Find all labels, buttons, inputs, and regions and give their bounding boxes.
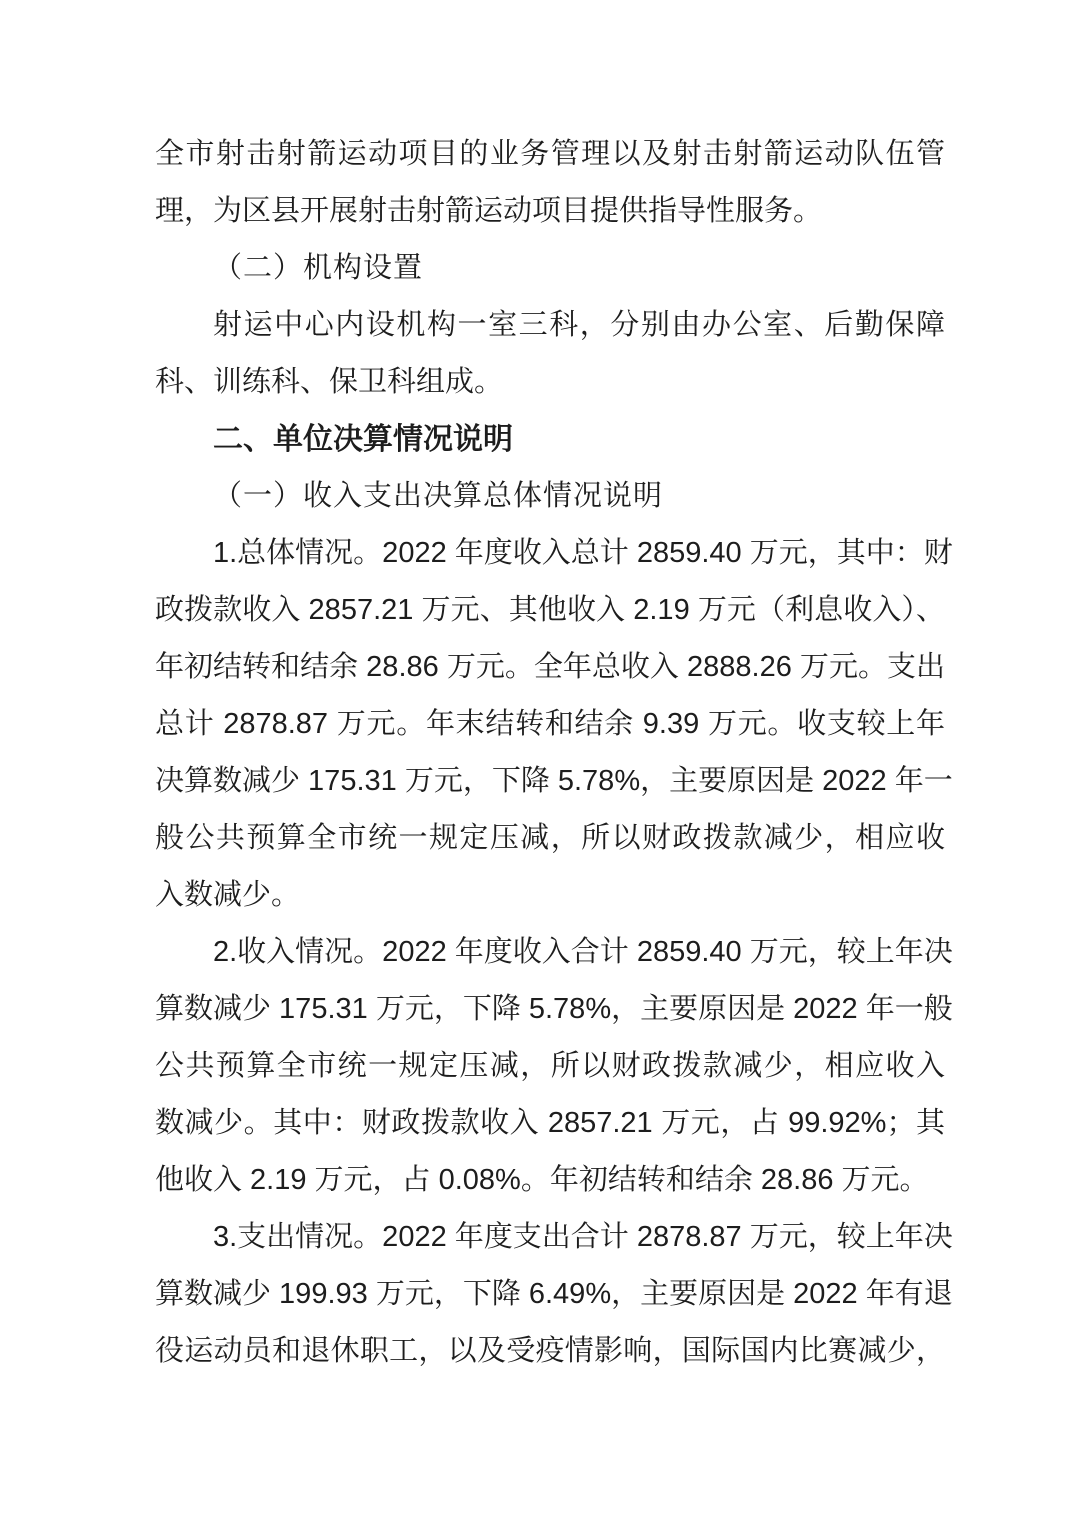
section-heading: （一）收入支出决算总体情况说明 — [155, 468, 945, 525]
chapter-heading: 二、单位决算情况说明 — [155, 411, 945, 468]
body-text-line: 年初结转和结余 28.86 万元。全年总收入 2888.26 万元。支出 — [155, 639, 945, 696]
section-heading: （二）机构设置 — [155, 240, 945, 297]
body-text-line: 算数减少 199.93 万元，下降 6.49%，主要原因是 2022 年有退 — [155, 1266, 945, 1323]
body-text-line: 决算数减少 175.31 万元，下降 5.78%，主要原因是 2022 年一 — [155, 753, 945, 810]
body-text-line: 全市射击射箭运动项目的业务管理以及射击射箭运动队伍管 — [155, 126, 945, 183]
body-text-line: 入数减少。 — [155, 867, 945, 924]
body-text-line: 数减少。其中：财政拨款收入 2857.21 万元，占 99.92%；其 — [155, 1095, 945, 1152]
body-text-line: 射运中心内设机构一室三科，分别由办公室、后勤保障 — [155, 297, 945, 354]
body-text-line: 公共预算全市统一规定压减，所以财政拨款减少，相应收入 — [155, 1038, 945, 1095]
document-page: 全市射击射箭运动项目的业务管理以及射击射箭运动队伍管理，为区县开展射击射箭运动项… — [0, 0, 1074, 1520]
body-text-line: 1.总体情况。2022 年度收入总计 2859.40 万元，其中：财 — [155, 525, 945, 582]
body-text-line: 政拨款收入 2857.21 万元、其他收入 2.19 万元（利息收入）、 — [155, 582, 945, 639]
body-text-line: 科、训练科、保卫科组成。 — [155, 354, 945, 411]
body-text-line: 3.支出情况。2022 年度支出合计 2878.87 万元，较上年决 — [155, 1209, 945, 1266]
body-text-line: 2.收入情况。2022 年度收入合计 2859.40 万元，较上年决 — [155, 924, 945, 981]
body-text-line: 算数减少 175.31 万元，下降 5.78%，主要原因是 2022 年一般 — [155, 981, 945, 1038]
document-body: 全市射击射箭运动项目的业务管理以及射击射箭运动队伍管理，为区县开展射击射箭运动项… — [155, 126, 945, 1380]
body-text-line: 他收入 2.19 万元，占 0.08%。年初结转和结余 28.86 万元。 — [155, 1152, 945, 1209]
body-text-line: 役运动员和退休职工，以及受疫情影响，国际国内比赛减少， — [155, 1323, 945, 1380]
body-text-line: 总计 2878.87 万元。年末结转和结余 9.39 万元。收支较上年 — [155, 696, 945, 753]
body-text-line: 理，为区县开展射击射箭运动项目提供指导性服务。 — [155, 183, 945, 240]
body-text-line: 般公共预算全市统一规定压减，所以财政拨款减少，相应收 — [155, 810, 945, 867]
